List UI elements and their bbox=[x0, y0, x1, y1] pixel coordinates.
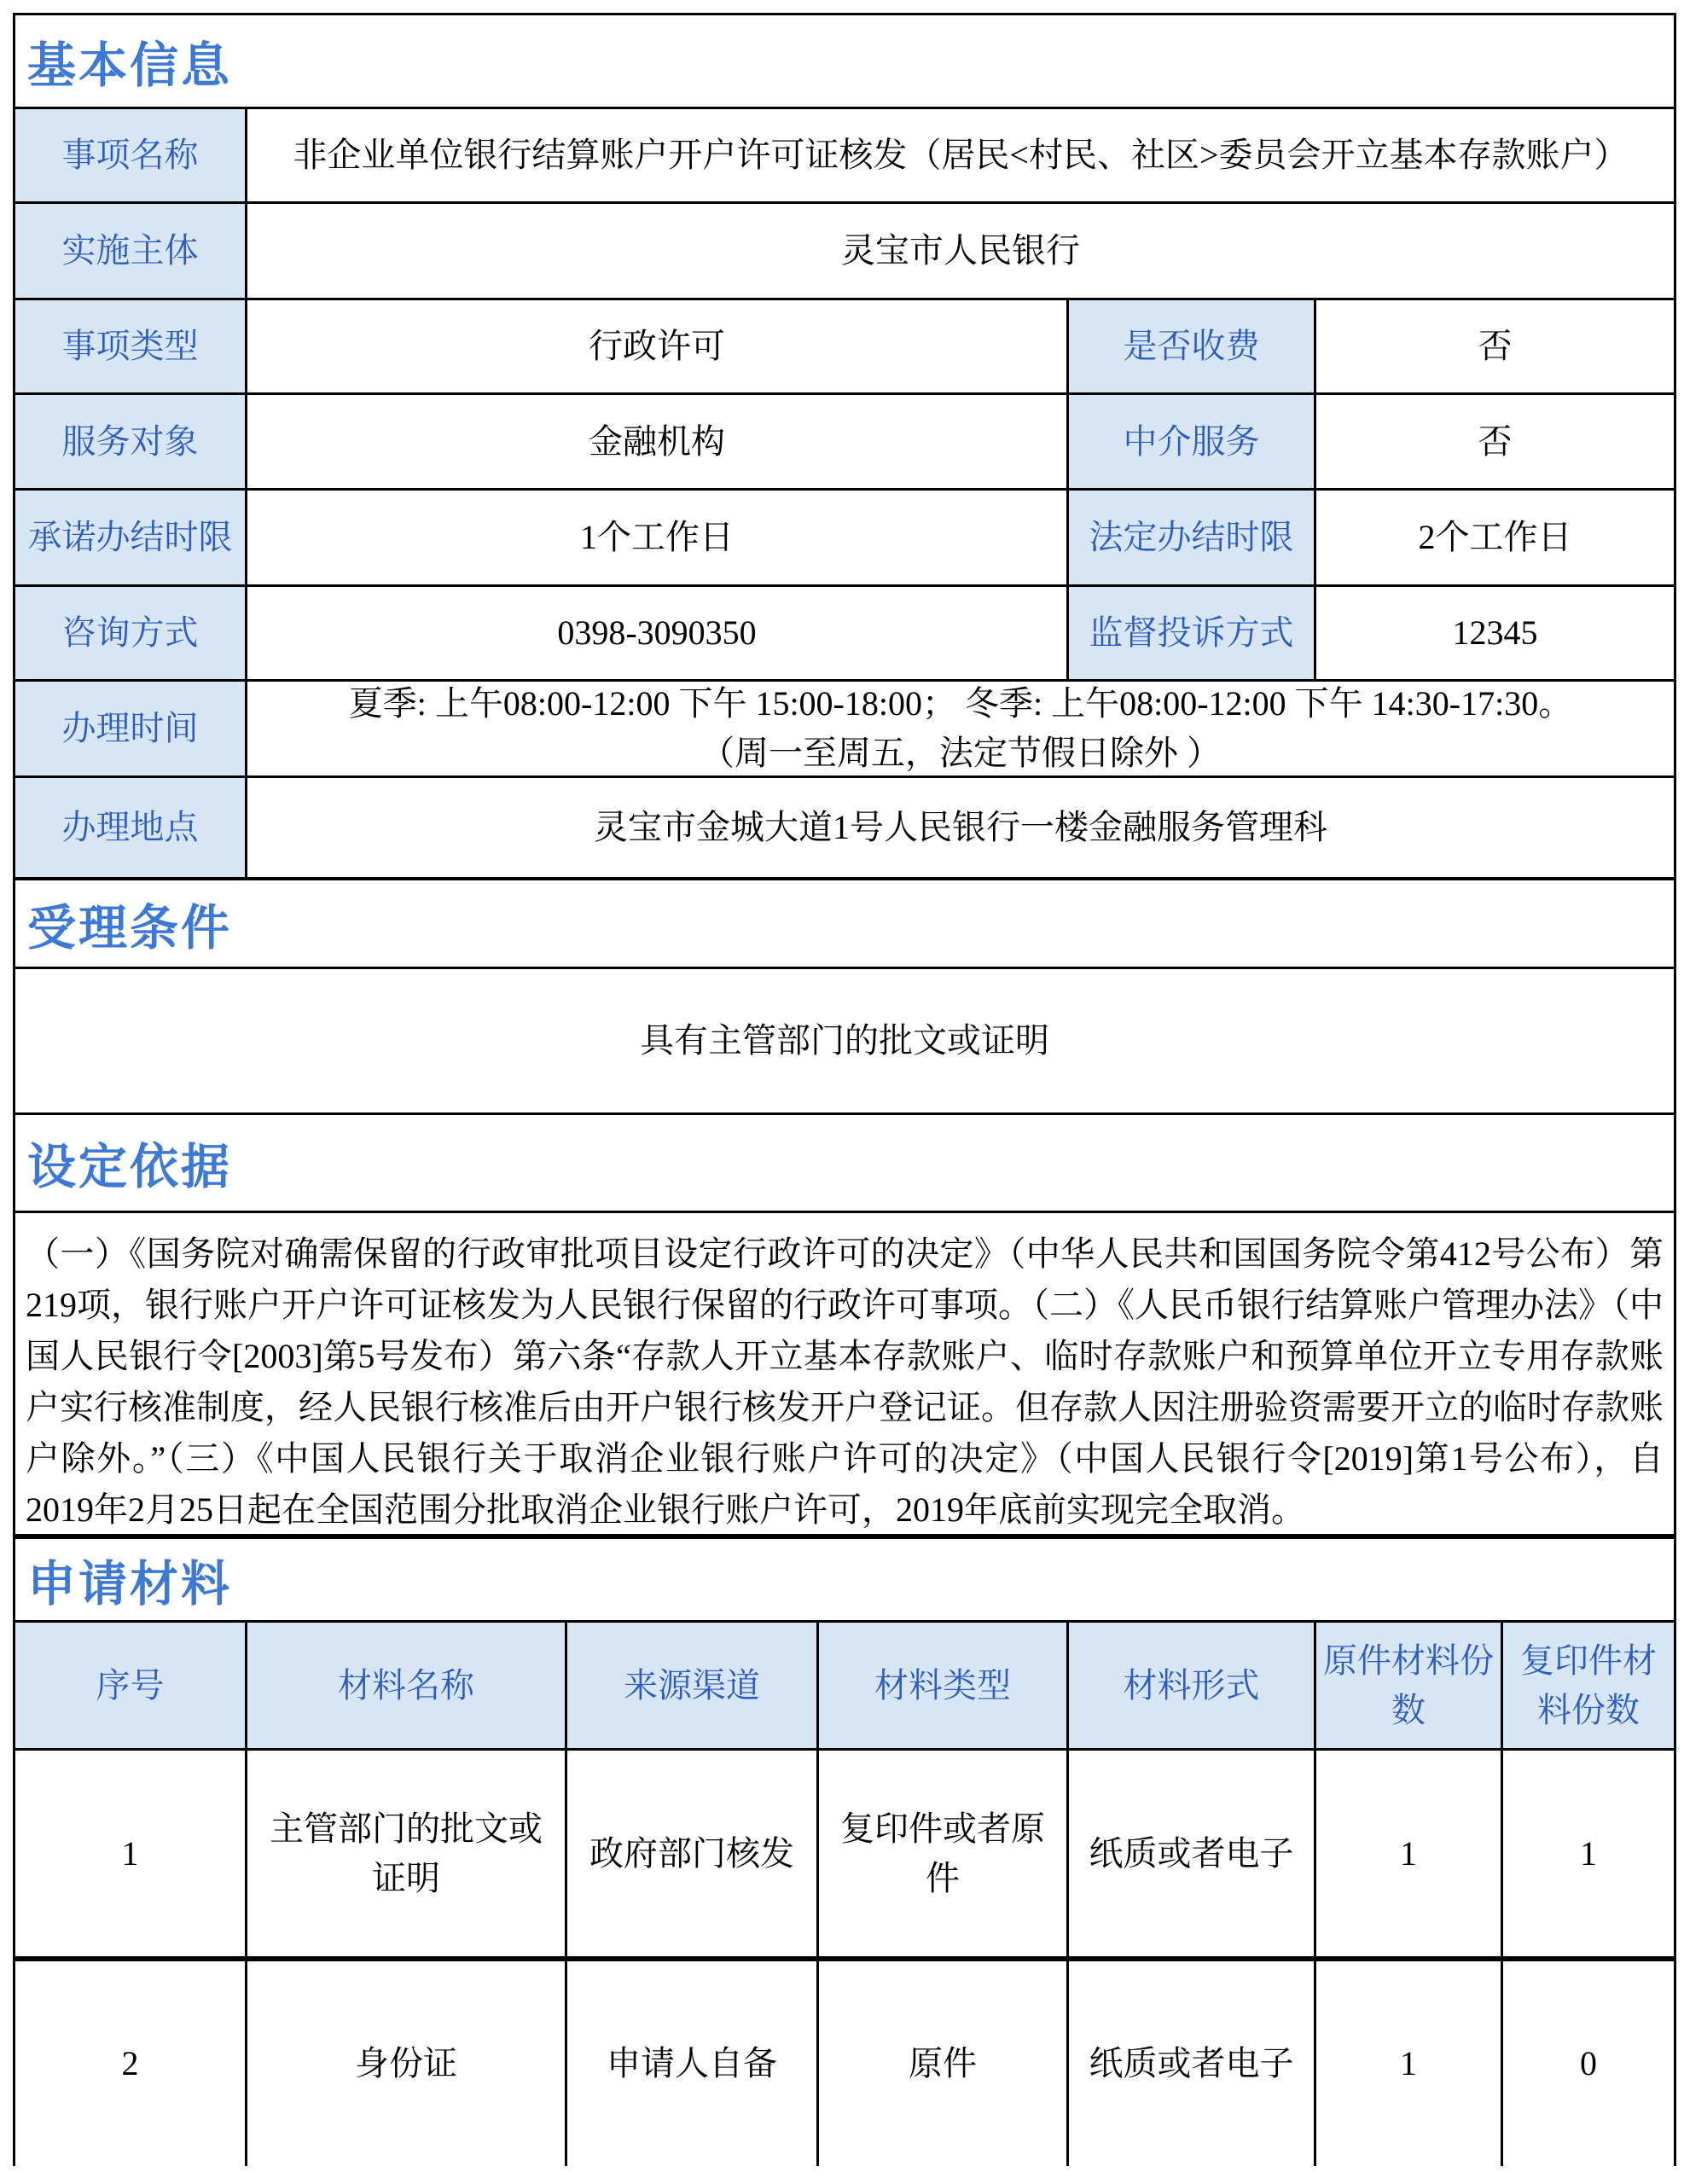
material-original-count: 1 bbox=[1316, 1751, 1503, 1956]
table-row-service-target: 服务对象 金融机构 中介服务 否 bbox=[15, 395, 1674, 491]
row-label: 事项类型 bbox=[15, 300, 247, 392]
material-type: 复印件或者原件 bbox=[819, 1751, 1069, 1956]
row-value: 金融机构 bbox=[247, 395, 1069, 488]
material-copy-count: 0 bbox=[1503, 1961, 1674, 2166]
row-value: 夏季: 上午08:00-12:00 下午 15:00-18:00； 冬季: 上午… bbox=[247, 682, 1674, 775]
row-value: 行政许可 bbox=[247, 300, 1069, 392]
row-label: 事项名称 bbox=[15, 109, 247, 201]
row-label: 办理时间 bbox=[15, 682, 247, 775]
material-source: 政府部门核发 bbox=[567, 1751, 819, 1956]
table-row-office-hours: 办理时间 夏季: 上午08:00-12:00 下午 15:00-18:00； 冬… bbox=[15, 682, 1674, 778]
row-value: 非企业单位银行结算账户开户许可证核发（居民<村民、社区>委员会开立基本存款账户） bbox=[247, 109, 1674, 201]
section-title-text: 受理条件 bbox=[27, 889, 232, 959]
row-label: 咨询方式 bbox=[15, 587, 247, 679]
service-item-sheet: 基本信息 事项名称 非企业单位银行结算账户开户许可证核发（居民<村民、社区>委员… bbox=[13, 13, 1676, 2166]
row-label: 服务对象 bbox=[15, 395, 247, 488]
column-header-material-type: 材料类型 bbox=[819, 1623, 1069, 1748]
row-value: 否 bbox=[1316, 300, 1674, 392]
column-header-material-name: 材料名称 bbox=[247, 1623, 567, 1748]
row-value: 0398-3090350 bbox=[247, 587, 1069, 679]
section-title-acceptance-conditions: 受理条件 bbox=[15, 880, 1674, 969]
section-title-text: 设定依据 bbox=[27, 1128, 232, 1198]
table-row-contact: 咨询方式 0398-3090350 监督投诉方式 12345 bbox=[15, 587, 1674, 682]
material-form: 纸质或者电子 bbox=[1069, 1751, 1316, 1956]
row-label: 监督投诉方式 bbox=[1069, 587, 1316, 679]
material-original-count: 1 bbox=[1316, 1961, 1503, 2166]
row-label: 中介服务 bbox=[1069, 395, 1316, 488]
row-value: 否 bbox=[1316, 395, 1674, 488]
table-row-time-limit: 承诺办结时限 1个工作日 法定办结时限 2个工作日 bbox=[15, 491, 1674, 587]
material-form: 纸质或者电子 bbox=[1069, 1961, 1316, 2166]
row-label: 是否收费 bbox=[1069, 300, 1316, 392]
row-label: 实施主体 bbox=[15, 204, 247, 298]
row-label: 办理地点 bbox=[15, 778, 247, 877]
section-title-legal-basis: 设定依据 bbox=[15, 1115, 1674, 1213]
table-row-item-name: 事项名称 非企业单位银行结算账户开户许可证核发（居民<村民、社区>委员会开立基本… bbox=[15, 109, 1674, 204]
column-header-material-form: 材料形式 bbox=[1069, 1623, 1316, 1748]
material-seq: 2 bbox=[15, 1961, 247, 2166]
material-type: 原件 bbox=[819, 1961, 1069, 2166]
column-header-original-copies: 原件材料份数 bbox=[1316, 1623, 1503, 1748]
section-title-application-materials: 申请材料 bbox=[15, 1539, 1674, 1623]
material-source: 申请人自备 bbox=[567, 1961, 819, 2166]
material-seq: 1 bbox=[15, 1751, 247, 1956]
table-row-office-location: 办理地点 灵宝市金城大道1号人民银行一楼金融服务管理科 bbox=[15, 778, 1674, 880]
material-row-1: 1 主管部门的批文或证明 政府部门核发 复印件或者原件 纸质或者电子 1 1 bbox=[15, 1751, 1674, 1961]
table-row-item-type-fee: 事项类型 行政许可 是否收费 否 bbox=[15, 300, 1674, 395]
column-header-seq: 序号 bbox=[15, 1623, 247, 1748]
row-value: 2个工作日 bbox=[1316, 491, 1674, 584]
row-label: 承诺办结时限 bbox=[15, 491, 247, 584]
table-row-implementing-body: 实施主体 灵宝市人民银行 bbox=[15, 204, 1674, 300]
row-label: 法定办结时限 bbox=[1069, 491, 1316, 584]
legal-basis-text: （一）《国务院对确需保留的行政审批项目设定行政许可的决定》（中华人民共和国国务院… bbox=[15, 1213, 1674, 1539]
material-name: 主管部门的批文或证明 bbox=[247, 1751, 567, 1956]
row-value: 灵宝市金城大道1号人民银行一楼金融服务管理科 bbox=[247, 778, 1674, 877]
material-copy-count: 1 bbox=[1503, 1751, 1674, 1956]
material-name: 身份证 bbox=[247, 1961, 567, 2166]
section-title-text: 申请材料 bbox=[27, 1545, 232, 1615]
materials-header-row: 序号 材料名称 来源渠道 材料类型 材料形式 原件材料份数 复印件材料份数 bbox=[15, 1623, 1674, 1751]
acceptance-conditions-content-row: 具有主管部门的批文或证明 bbox=[15, 969, 1674, 1115]
row-value: 12345 bbox=[1316, 587, 1674, 679]
row-value: 1个工作日 bbox=[247, 491, 1069, 584]
acceptance-conditions-text: 具有主管部门的批文或证明 bbox=[15, 969, 1674, 1112]
section-title-text: 基本信息 bbox=[27, 26, 232, 96]
section-title-basic-info: 基本信息 bbox=[15, 15, 1674, 109]
column-header-photocopy-copies: 复印件材料份数 bbox=[1503, 1623, 1674, 1748]
column-header-source-channel: 来源渠道 bbox=[567, 1623, 819, 1748]
row-value: 灵宝市人民银行 bbox=[247, 204, 1674, 298]
material-row-2: 2 身份证 申请人自备 原件 纸质或者电子 1 0 bbox=[15, 1961, 1674, 2166]
